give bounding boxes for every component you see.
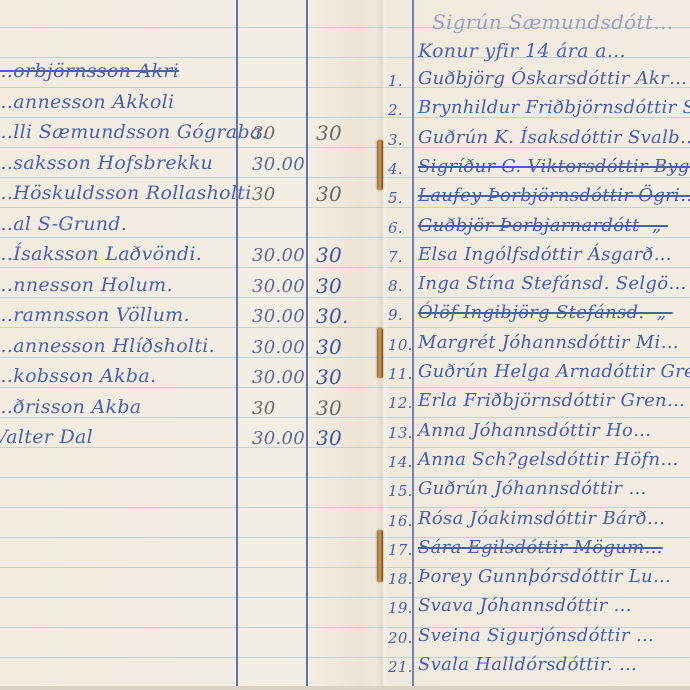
row-name: …lli Sæmundsson Gógraba. bbox=[0, 121, 268, 143]
row-name: …orbjörnsson Akri bbox=[0, 60, 179, 82]
row-amount-1: 30 bbox=[252, 123, 276, 144]
entry-name: Erla Friðbjörnsdóttir Gren… bbox=[418, 390, 685, 411]
ledger-row: Valter Dal30.0030 bbox=[0, 424, 376, 454]
entry-name: Anna Jóhannsdóttir Ho… bbox=[418, 420, 651, 441]
entry-name: Margrét Jóhannsdóttir Mi… bbox=[418, 332, 679, 353]
list-entry: 15.Guðrún Jóhannsdóttir … bbox=[382, 476, 690, 506]
entry-name: Sigríður G. Viktorsdóttir Byg… bbox=[418, 156, 690, 177]
right-page-heading: Sigrún Sæmundsdótt… bbox=[432, 10, 674, 34]
entry-number: 8. bbox=[388, 277, 403, 295]
entry-name: Guðrún K. Ísaksdóttir Svalb… bbox=[418, 127, 690, 148]
ledger-spread: …orbjörnsson Akri…annesson Akkoli…lli Sæ… bbox=[0, 0, 690, 690]
entry-name: Guðrún Jóhannsdóttir … bbox=[418, 478, 647, 499]
entry-number: 3. bbox=[388, 131, 403, 149]
row-amount-2: 30 bbox=[316, 182, 342, 206]
entry-number: 7. bbox=[388, 248, 403, 266]
row-name: …saksson Hofsbrekku bbox=[0, 152, 213, 174]
row-amount-1: 30 bbox=[252, 184, 276, 205]
entry-number: 11. bbox=[388, 365, 413, 383]
entry-name: Brynhildur Friðbjörnsdóttir Sæm… bbox=[418, 97, 690, 118]
entry-name: Svala Halldórsdóttir. … bbox=[418, 654, 637, 675]
ledger-row: …al S-Grund. bbox=[0, 211, 376, 241]
list-entry: 21.Svala Halldórsdóttir. … bbox=[382, 652, 690, 682]
entry-name: Sára Egilsdóttir Mögum… bbox=[418, 537, 663, 558]
row-amount-1: 30.00 bbox=[252, 337, 305, 358]
list-entry: 17.Sára Egilsdóttir Mögum… bbox=[382, 535, 690, 565]
entry-name: Þorey Gunnþórsdóttir Lu… bbox=[418, 566, 671, 587]
row-name: …Höskuldsson Rollasholti bbox=[0, 182, 252, 204]
ledger-row: …annesson Akkoli bbox=[0, 89, 376, 119]
entry-number: 17. bbox=[388, 541, 413, 559]
entry-number: 5. bbox=[388, 189, 403, 207]
list-entry: 10.Margrét Jóhannsdóttir Mi… bbox=[382, 330, 690, 360]
list-entry: 6.Guðbjör Þorbjarnardótt -„- bbox=[382, 213, 690, 243]
entry-name: Guðbjör Þorbjarnardótt -„- bbox=[418, 215, 668, 236]
row-amount-1: 30 bbox=[252, 398, 276, 419]
entry-name: Guðrún Helga Arnadóttir Gren… bbox=[418, 361, 690, 382]
ledger-row: …saksson Hofsbrekku30.00 bbox=[0, 150, 376, 180]
entry-name: Guðbjörg Óskarsdóttir Akr… bbox=[418, 68, 687, 89]
row-name: …ramnsson Völlum. bbox=[0, 304, 190, 326]
entry-name: Sveina Sigurjónsdóttir … bbox=[418, 625, 654, 646]
entry-number: 21. bbox=[388, 658, 413, 676]
row-amount-2: 30. bbox=[316, 304, 349, 328]
list-entry: 14.Anna Sch?gelsdóttir Höfn… bbox=[382, 447, 690, 477]
entry-name: Elsa Ingólfsdóttir Ásgarð… bbox=[418, 244, 672, 265]
row-amount-2: 30 bbox=[316, 121, 342, 145]
row-name: Valter Dal bbox=[0, 426, 93, 448]
entry-name: Ólöf Ingibjörg Stefánsd. -„- bbox=[418, 302, 673, 323]
entry-name: Svava Jóhannsdóttir … bbox=[418, 595, 632, 616]
list-entry: 12.Erla Friðbjörnsdóttir Gren… bbox=[382, 388, 690, 418]
row-amount-1: 30.00 bbox=[252, 245, 305, 266]
entry-number: 19. bbox=[388, 599, 413, 617]
ledger-row: …Höskuldsson Rollasholti3030 bbox=[0, 180, 376, 210]
list-entry: 1.Guðbjörg Óskarsdóttir Akr… bbox=[382, 66, 690, 96]
row-amount-1: 30.00 bbox=[252, 428, 305, 449]
entry-number: 12. bbox=[388, 394, 413, 412]
entry-number: 6. bbox=[388, 219, 403, 237]
entry-number: 16. bbox=[388, 512, 413, 530]
list-entry: 20.Sveina Sigurjónsdóttir … bbox=[382, 623, 690, 653]
list-entry: 5.Laufey Þorbjörnsdóttir Ögri… bbox=[382, 183, 690, 213]
row-name: …annesson Hlíðsholti. bbox=[0, 335, 215, 357]
entry-number: 18. bbox=[388, 570, 413, 588]
row-amount-2: 30 bbox=[316, 426, 342, 450]
entry-number: 9. bbox=[388, 306, 403, 324]
row-amount-2: 30 bbox=[316, 335, 342, 359]
ledger-row: …Ísaksson Laðvöndi.30.0030 bbox=[0, 241, 376, 271]
row-name: …Ísaksson Laðvöndi. bbox=[0, 243, 202, 265]
row-name: …kobsson Akba. bbox=[0, 365, 156, 387]
entry-name: Anna Sch?gelsdóttir Höfn… bbox=[418, 449, 679, 470]
row-name: …annesson Akkoli bbox=[0, 91, 174, 113]
list-entry: 3.Guðrún K. Ísaksdóttir Svalb… bbox=[382, 125, 690, 155]
right-page-subheading: Konur yfir 14 ára a… bbox=[418, 40, 626, 62]
list-entry: 19.Svava Jóhannsdóttir … bbox=[382, 593, 690, 623]
list-entry: 9.Ólöf Ingibjörg Stefánsd. -„- bbox=[382, 300, 690, 330]
row-amount-2: 30 bbox=[316, 396, 342, 420]
row-name: …ðrisson Akba bbox=[0, 396, 141, 418]
ledger-row: …lli Sæmundsson Gógraba.3030 bbox=[0, 119, 376, 149]
list-entry: 2.Brynhildur Friðbjörnsdóttir Sæm… bbox=[382, 95, 690, 125]
entry-name: Laufey Þorbjörnsdóttir Ögri… bbox=[418, 185, 690, 206]
row-amount-2: 30 bbox=[316, 365, 342, 389]
entry-number: 4. bbox=[388, 160, 403, 178]
row-amount-2: 30 bbox=[316, 274, 342, 298]
page-bottom-edge bbox=[0, 686, 690, 690]
row-amount-1: 30.00 bbox=[252, 306, 305, 327]
entry-number: 13. bbox=[388, 424, 413, 442]
entry-number: 1. bbox=[388, 72, 403, 90]
row-name: …nnesson Holum. bbox=[0, 274, 173, 296]
ledger-row: …nnesson Holum.30.0030 bbox=[0, 272, 376, 302]
list-entry: 7.Elsa Ingólfsdóttir Ásgarð… bbox=[382, 242, 690, 272]
ledger-row: …ðrisson Akba3030 bbox=[0, 394, 376, 424]
row-amount-1: 30.00 bbox=[252, 276, 305, 297]
ledger-row: …annesson Hlíðsholti.30.0030 bbox=[0, 333, 376, 363]
entry-number: 14. bbox=[388, 453, 413, 471]
entry-name: Inga Stína Stefánsd. Selgö… bbox=[418, 273, 687, 294]
ledger-row: …kobsson Akba.30.0030 bbox=[0, 363, 376, 393]
entry-number: 20. bbox=[388, 629, 413, 647]
ledger-row: …ramnsson Völlum.30.0030. bbox=[0, 302, 376, 332]
entry-number: 10. bbox=[388, 336, 413, 354]
ledger-row: …orbjörnsson Akri bbox=[0, 58, 376, 88]
entry-number: 2. bbox=[388, 101, 403, 119]
row-amount-1: 30.00 bbox=[252, 154, 305, 175]
list-entry: 8.Inga Stína Stefánsd. Selgö… bbox=[382, 271, 690, 301]
row-amount-1: 30.00 bbox=[252, 367, 305, 388]
list-entry: 18.Þorey Gunnþórsdóttir Lu… bbox=[382, 564, 690, 594]
entry-name: Rósa Jóakimsdóttir Bárð… bbox=[418, 508, 665, 529]
row-amount-2: 30 bbox=[316, 243, 342, 267]
entry-number: 15. bbox=[388, 482, 413, 500]
row-name: …al S-Grund. bbox=[0, 213, 127, 235]
list-entry: 11.Guðrún Helga Arnadóttir Gren… bbox=[382, 359, 690, 389]
list-entry: 16.Rósa Jóakimsdóttir Bárð… bbox=[382, 506, 690, 536]
list-entry: 4.Sigríður G. Viktorsdóttir Byg… bbox=[382, 154, 690, 184]
list-entry: 13.Anna Jóhannsdóttir Ho… bbox=[382, 418, 690, 448]
